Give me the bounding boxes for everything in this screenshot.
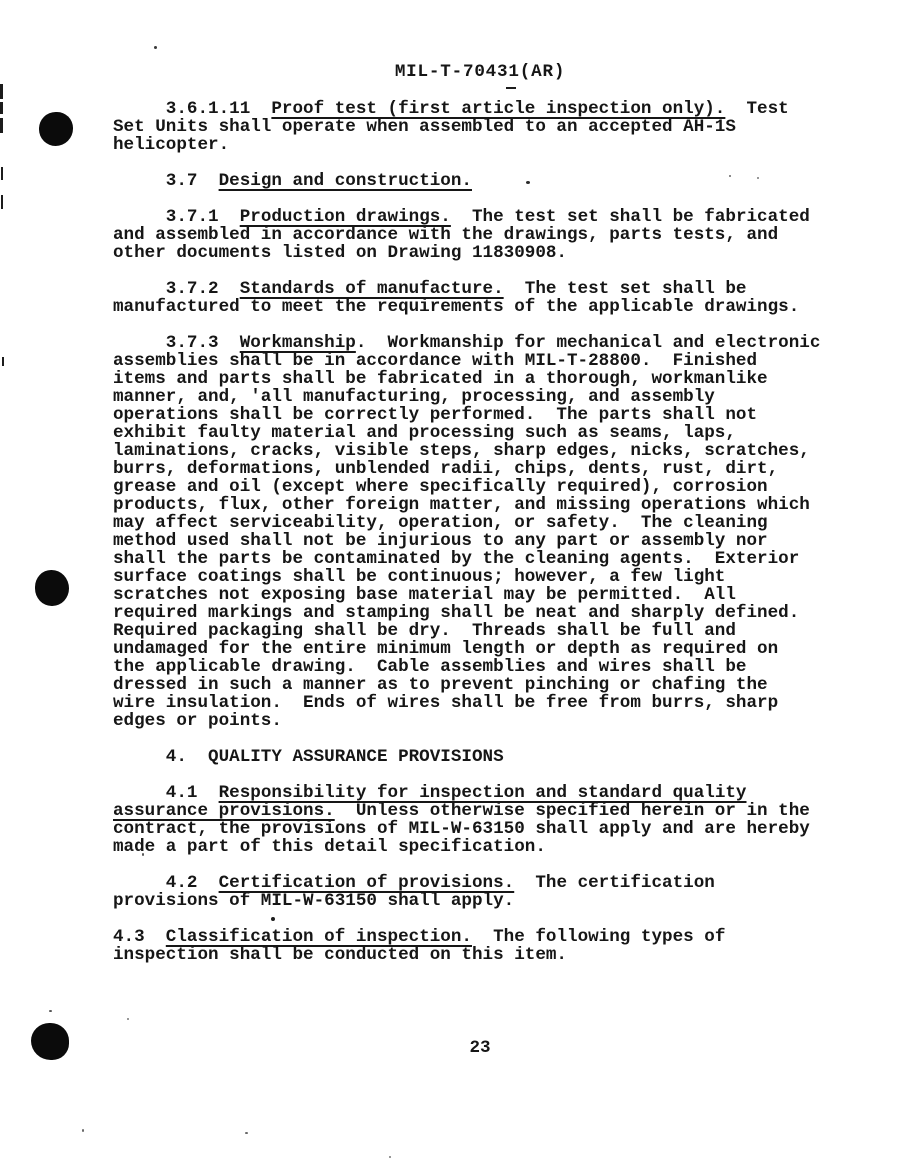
text-line: 3.7.1 Production drawings. The test set … — [113, 208, 820, 226]
scan-artifact — [0, 84, 3, 99]
text-line: wire insulation. Ends of wires shall be … — [113, 694, 820, 712]
paragraph: 3.7 Design and construction. — [113, 172, 820, 190]
text-line: grease and oil (except where specificall… — [113, 478, 820, 496]
text-line: 4.3 Classification of inspection. The fo… — [113, 928, 820, 946]
text-segment: assemblies shall be in accordance with M… — [113, 351, 757, 371]
text-segment: Required packaging shall be dry. Threads… — [113, 621, 736, 641]
text-line: shall the parts be contaminated by the c… — [113, 550, 820, 568]
document-number-header: MIL-T-70431(AR) — [115, 63, 845, 81]
text-segment: The test set shall be — [504, 279, 747, 299]
text-segment: edges or points. — [113, 711, 282, 731]
text-line: 4.1 Responsibility for inspection and st… — [113, 784, 820, 802]
text-line: provisions of MIL-W-63150 shall apply. — [113, 892, 820, 910]
text-segment: made a part of this detail specification… — [113, 837, 546, 857]
text-line: surface coatings shall be continuous; ho… — [113, 568, 820, 586]
text-line: the applicable drawing. Cable assemblies… — [113, 658, 820, 676]
text-segment: dressed in such a manner as to prevent p… — [113, 675, 768, 695]
text-segment: Test — [725, 99, 788, 119]
text-segment: The certification — [514, 873, 715, 893]
text-segment: burrs, deformations, unblended radii, ch… — [113, 459, 778, 479]
text-segment: 3.7.1 — [113, 207, 240, 227]
text-segment: 3.7.3 — [113, 333, 240, 353]
underlined-phrase: Certification of provisions. — [219, 873, 515, 893]
text-segment: The test set shall be fabricated — [451, 207, 810, 227]
text-segment: 3.7.2 — [113, 279, 240, 299]
text-segment: undamaged for the entire minimum length … — [113, 639, 778, 659]
text-line: 3.6.1.11 Proof test (first article inspe… — [113, 100, 820, 118]
text-line: laminations, cracks, visible steps, shar… — [113, 442, 820, 460]
text-segment: may affect serviceability, operation, or… — [113, 513, 768, 533]
scan-artifact — [245, 1132, 248, 1134]
text-segment: Set Units shall operate when assembled t… — [113, 117, 736, 137]
text-segment: 4.1 — [113, 783, 219, 803]
text-line: manner, and, 'all manufacturing, process… — [113, 388, 820, 406]
text-segment: shall the parts be contaminated by the c… — [113, 549, 799, 569]
text-segment: grease and oil (except where specificall… — [113, 477, 768, 497]
text-segment: provisions of MIL-W-63150 shall apply. — [113, 891, 514, 911]
underlined-phrase: Proof test (first article inspection onl… — [271, 99, 725, 119]
scan-artifact — [82, 1129, 84, 1132]
scan-artifact — [1, 167, 3, 180]
document-body: 3.6.1.11 Proof test (first article inspe… — [113, 100, 820, 982]
text-line: undamaged for the entire minimum length … — [113, 640, 820, 658]
text-segment: laminations, cracks, visible steps, shar… — [113, 441, 810, 461]
text-line: dressed in such a manner as to prevent p… — [113, 676, 820, 694]
punch-hole — [39, 112, 73, 146]
text-segment: required markings and stamping shall be … — [113, 603, 799, 623]
text-line: items and parts shall be fabricated in a… — [113, 370, 820, 388]
paragraph: 3.6.1.11 Proof test (first article inspe… — [113, 100, 820, 154]
text-segment: . Workmanship for mechanical and electro… — [356, 333, 821, 353]
paragraph: 4.2 Certification of provisions. The cer… — [113, 874, 820, 910]
text-segment: 4. QUALITY ASSURANCE PROVISIONS — [113, 747, 504, 767]
text-segment: inspection shall be conducted on this it… — [113, 945, 567, 965]
scan-artifact — [49, 1010, 52, 1012]
scan-artifact — [154, 46, 157, 49]
text-segment: 3.7 — [113, 171, 219, 191]
scan-artifact — [2, 357, 4, 366]
scan-artifact — [506, 87, 516, 89]
text-segment: surface coatings shall be continuous; ho… — [113, 567, 725, 587]
scan-artifact — [142, 853, 144, 856]
underlined-phrase: Design and construction. — [219, 171, 472, 191]
paragraph: 3.7.1 Production drawings. The test set … — [113, 208, 820, 262]
scan-artifact — [1, 195, 3, 209]
text-line: exhibit faulty material and processing s… — [113, 424, 820, 442]
scan-artifact — [389, 1156, 391, 1158]
underlined-phrase: Standards of manufacture. — [240, 279, 504, 299]
punch-hole — [35, 570, 69, 606]
text-segment: helicopter. — [113, 135, 229, 155]
underlined-phrase: Responsibility for inspection and standa… — [219, 783, 747, 803]
text-line: made a part of this detail specification… — [113, 838, 820, 856]
text-line: assemblies shall be in accordance with M… — [113, 352, 820, 370]
text-segment: operations shall be correctly performed.… — [113, 405, 757, 425]
scan-artifact — [757, 177, 759, 179]
text-segment: the applicable drawing. Cable assemblies… — [113, 657, 746, 677]
text-segment: other documents listed on Drawing 118309… — [113, 243, 567, 263]
text-line: assurance provisions. Unless otherwise s… — [113, 802, 820, 820]
scan-artifact — [0, 102, 3, 114]
text-segment: manufactured to meet the requirements of… — [113, 297, 799, 317]
text-segment: The following types of — [472, 927, 725, 947]
text-segment: 4.3 — [113, 927, 166, 947]
scan-artifact — [271, 917, 275, 921]
scan-artifact — [0, 118, 3, 133]
underlined-phrase: assurance provisions. — [113, 801, 335, 821]
paragraph: 4.3 Classification of inspection. The fo… — [113, 928, 820, 964]
text-line: scratches not exposing base material may… — [113, 586, 820, 604]
text-segment: 4.2 — [113, 873, 219, 893]
scan-artifact — [127, 1018, 129, 1020]
text-line: inspection shall be conducted on this it… — [113, 946, 820, 964]
text-segment: scratches not exposing base material may… — [113, 585, 736, 605]
underlined-phrase: Workmanship — [240, 333, 356, 353]
text-line: 3.7.2 Standards of manufacture. The test… — [113, 280, 820, 298]
text-line: 4.2 Certification of provisions. The cer… — [113, 874, 820, 892]
text-segment: 3.6.1.11 — [113, 99, 271, 119]
text-line: operations shall be correctly performed.… — [113, 406, 820, 424]
text-segment: manner, and, 'all manufacturing, process… — [113, 387, 715, 407]
text-line: manufactured to meet the requirements of… — [113, 298, 820, 316]
scan-artifact — [729, 175, 731, 177]
scan-artifact — [526, 181, 530, 184]
underlined-phrase: Production drawings. — [240, 207, 451, 227]
text-segment: products, flux, other foreign matter, an… — [113, 495, 810, 515]
text-segment: wire insulation. Ends of wires shall be … — [113, 693, 778, 713]
text-segment: items and parts shall be fabricated in a… — [113, 369, 768, 389]
text-line: burrs, deformations, unblended radii, ch… — [113, 460, 820, 478]
text-line: required markings and stamping shall be … — [113, 604, 820, 622]
text-line: Required packaging shall be dry. Threads… — [113, 622, 820, 640]
text-segment: and assembled in accordance with the dra… — [113, 225, 778, 245]
text-line: contract, the provisions of MIL-W-63150 … — [113, 820, 820, 838]
paragraph: 4. QUALITY ASSURANCE PROVISIONS — [113, 748, 820, 766]
text-segment: method used shall not be injurious to an… — [113, 531, 768, 551]
paragraph: 3.7.2 Standards of manufacture. The test… — [113, 280, 820, 316]
text-line: 4. QUALITY ASSURANCE PROVISIONS — [113, 748, 820, 766]
text-line: 3.7 Design and construction. — [113, 172, 820, 190]
punch-hole — [31, 1023, 69, 1060]
text-line: 3.7.3 Workmanship. Workmanship for mecha… — [113, 334, 820, 352]
text-line: helicopter. — [113, 136, 820, 154]
text-line: other documents listed on Drawing 118309… — [113, 244, 820, 262]
paragraph: 4.1 Responsibility for inspection and st… — [113, 784, 820, 856]
text-line: and assembled in accordance with the dra… — [113, 226, 820, 244]
text-line: products, flux, other foreign matter, an… — [113, 496, 820, 514]
underlined-phrase: Classification of inspection. — [166, 927, 472, 947]
text-line: Set Units shall operate when assembled t… — [113, 118, 820, 136]
text-line: may affect serviceability, operation, or… — [113, 514, 820, 532]
text-line: edges or points. — [113, 712, 820, 730]
text-segment: contract, the provisions of MIL-W-63150 … — [113, 819, 810, 839]
page-number: 23 — [115, 1039, 845, 1057]
paragraph: 3.7.3 Workmanship. Workmanship for mecha… — [113, 334, 820, 730]
text-segment: exhibit faulty material and processing s… — [113, 423, 736, 443]
scanned-page: MIL-T-70431(AR) 3.6.1.11 Proof test (fir… — [0, 0, 900, 1167]
text-line: method used shall not be injurious to an… — [113, 532, 820, 550]
text-segment: Unless otherwise specified herein or in … — [335, 801, 810, 821]
